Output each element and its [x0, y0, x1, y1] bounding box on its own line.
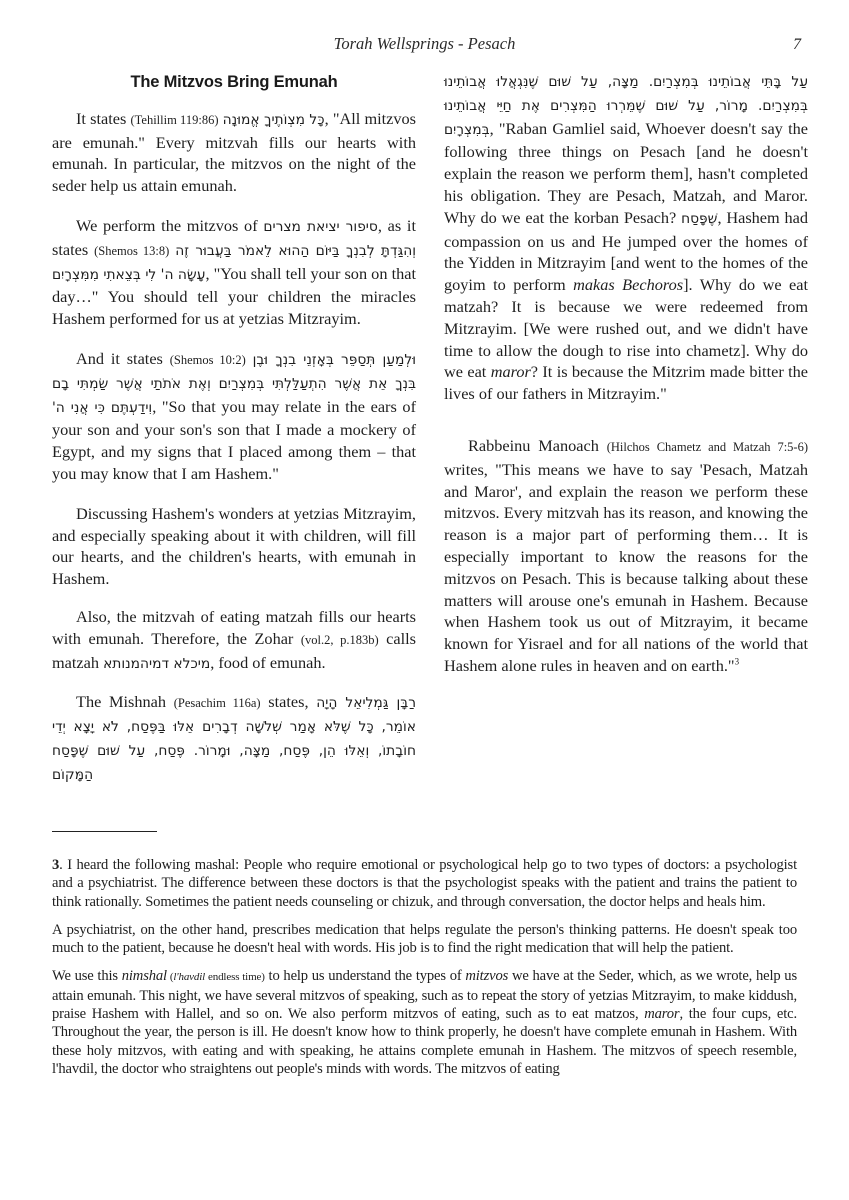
italic-term: nimshal	[122, 968, 167, 984]
footnote-3-p3: We use this nimshal (l'havdil endless ti…	[52, 967, 797, 1078]
italic-term: l'havdil	[173, 971, 205, 983]
source-citation: (Shemos 13:8)	[94, 244, 169, 258]
footnotes: 3. I heard the following mashal: People …	[52, 856, 797, 1088]
hebrew-term: סיפור יציאת מצרים	[263, 219, 378, 235]
source-citation: (Pesachim 116a)	[174, 696, 261, 710]
italic-term: maror	[644, 1006, 679, 1022]
text: We use this	[52, 968, 122, 984]
footnote-3-p1: 3. I heard the following mashal: People …	[52, 856, 797, 911]
hebrew-quote: כָּל מִצְוֹתֶיךָ אֱמוּנָה	[223, 112, 325, 128]
text: And it states	[76, 349, 170, 368]
text: The Mishnah	[76, 692, 174, 711]
italic-term: maror	[491, 362, 531, 381]
hebrew-term: שֶׁפָּסַח	[681, 211, 717, 227]
text: , food of emunah.	[210, 653, 325, 672]
source-citation: (Tehillim 119:86)	[130, 113, 218, 127]
source-citation: (vol.2, p.183b)	[301, 633, 379, 647]
text: to help us understand the types of	[265, 968, 466, 984]
paragraph-shemos: And it states (Shemos 10:2) וּלְמַעַן תְ…	[52, 348, 416, 485]
source-citation: (Hilchos Chametz and Matzah 7:5-6)	[607, 440, 808, 454]
paragraph-mishnah-continued: עַל בָּתֵּי אֲבוֹתֵינוּ בְּמִצְרַיִם. מַ…	[444, 70, 808, 405]
right-column: עַל בָּתֵּי אֲבוֹתֵינוּ בְּמִצְרַיִם. מַ…	[444, 70, 808, 689]
paragraph-tehillim: It states (Tehillim 119:86) כָּל מִצְוֹת…	[52, 108, 416, 197]
source-citation: (Shemos 10:2)	[170, 353, 246, 367]
left-column: The Mitzvos Bring Emunah It states (Tehi…	[52, 72, 416, 799]
text: Rabbeinu Manoach	[468, 436, 607, 455]
text: endless time)	[205, 971, 265, 983]
footnote-divider	[52, 831, 157, 832]
footnote-3-p2: A psychiatrist, on the other hand, presc…	[52, 921, 797, 958]
hebrew-term: מיכלא דמיהמנותא	[103, 656, 210, 672]
text: . I heard the following mashal: People w…	[52, 857, 797, 910]
paragraph-rabbeinu-manoach: Rabbeinu Manoach (Hilchos Chametz and Ma…	[444, 435, 808, 677]
running-title: Torah Wellsprings - Pesach	[0, 34, 849, 54]
running-head: Torah Wellsprings - Pesach 7	[0, 30, 849, 54]
text: states,	[261, 692, 317, 711]
text: writes, "This means we have to say 'Pesa…	[444, 460, 808, 675]
paragraph-zohar: Also, the mitzvah of eating matzah fills…	[52, 606, 416, 675]
text: It states	[76, 109, 130, 128]
paragraph-discussing: Discussing Hashem's wonders at yetzias M…	[52, 503, 416, 590]
paragraph-sippur: We perform the mitzvos of סיפור יציאת מצ…	[52, 215, 416, 330]
italic-term: mitzvos	[465, 968, 508, 984]
page-number: 7	[793, 36, 801, 54]
text: Discussing Hashem's wonders at yetzias M…	[52, 504, 416, 588]
paragraph-mishnah: The Mishnah (Pesachim 116a) states, רַבָ…	[52, 691, 416, 786]
footnote-reference[interactable]: 3	[735, 657, 740, 667]
text: We perform the mitzvos of	[76, 216, 263, 235]
italic-term: makas Bechoros	[573, 275, 683, 294]
text: A psychiatrist, on the other hand, presc…	[52, 922, 797, 956]
section-heading: The Mitzvos Bring Emunah	[52, 72, 416, 94]
